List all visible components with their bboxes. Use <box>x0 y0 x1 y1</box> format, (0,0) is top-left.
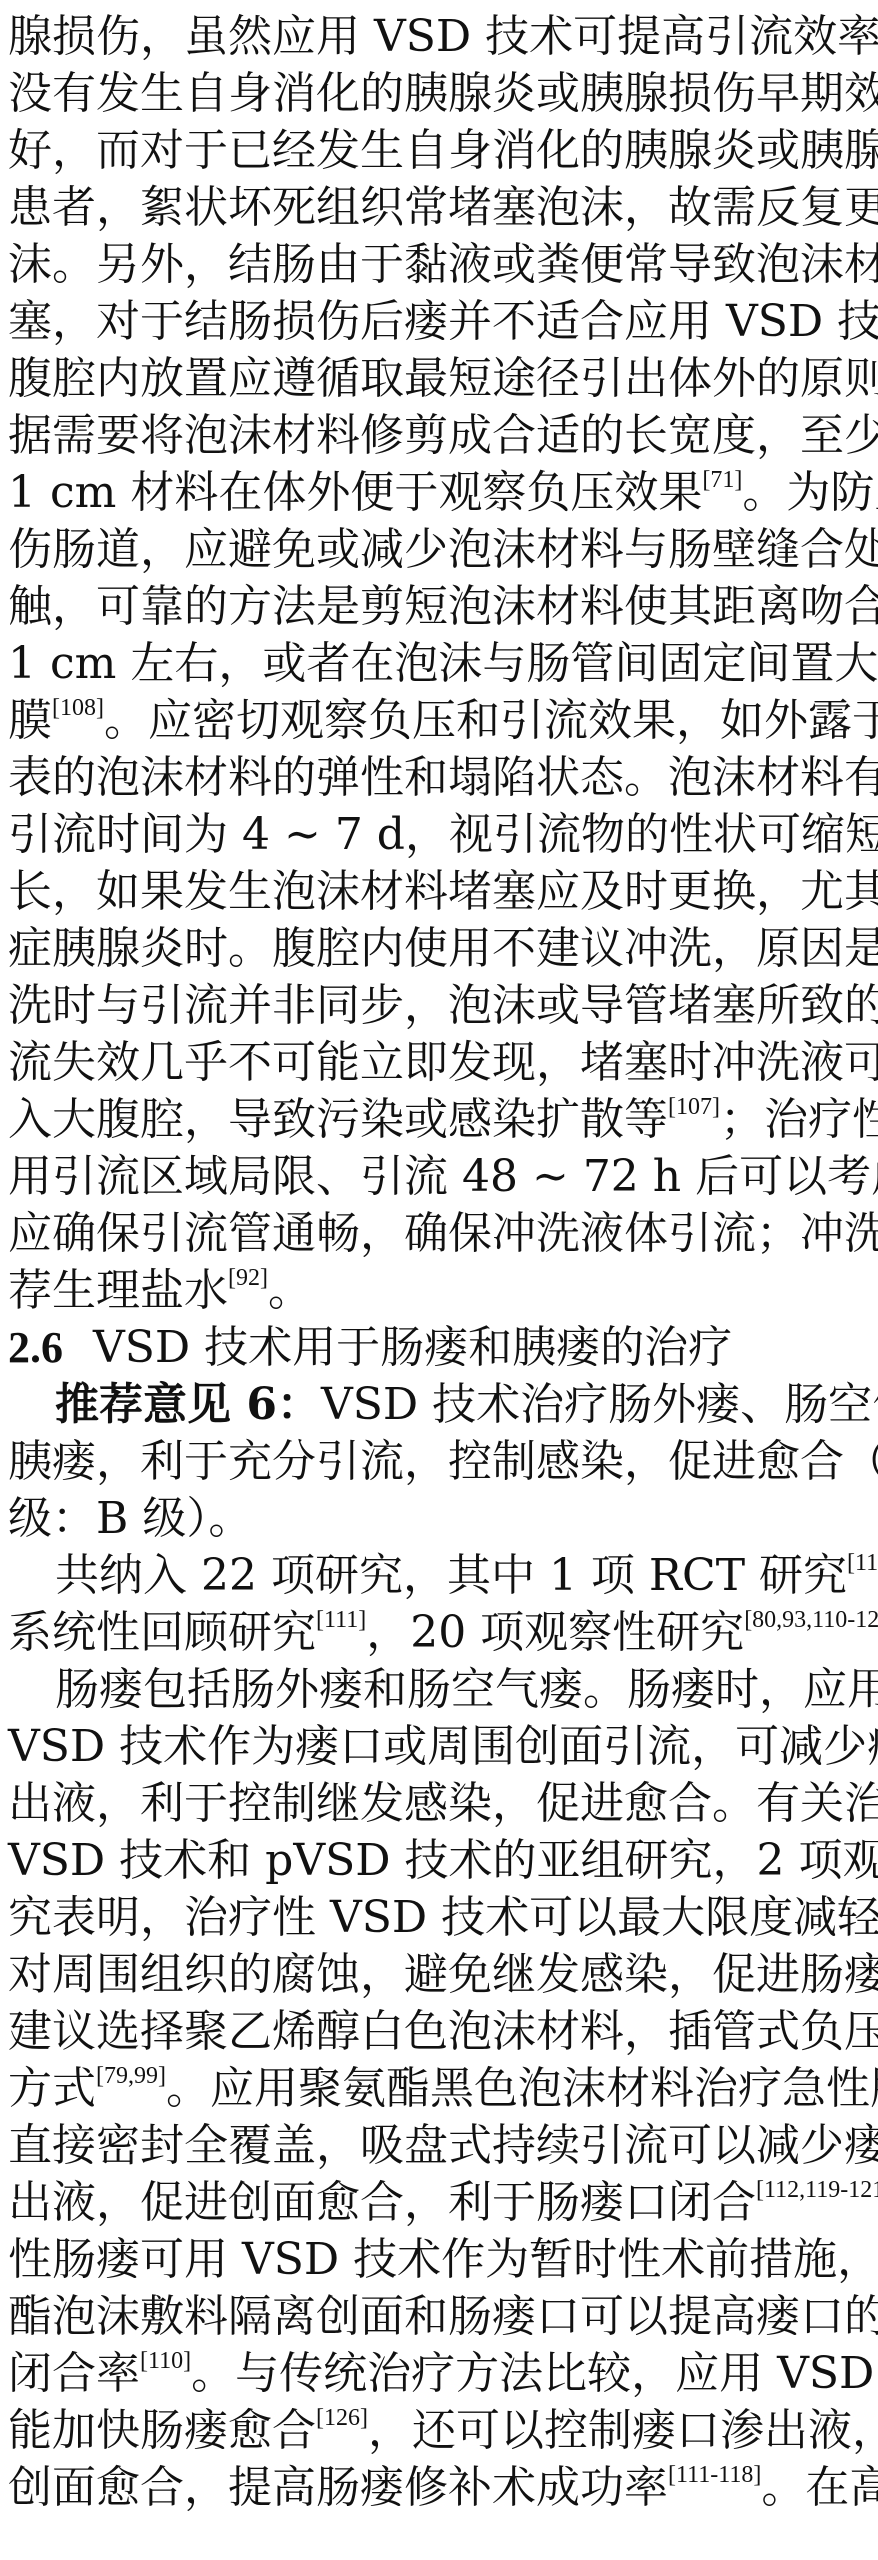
body-text-line: VSD 技术作为瘘口或周围创面引流，可减少瘘口渗 <box>8 1718 866 1775</box>
body-text-line: 膜[108]。应密切观察负压和引流效果，如外露于体 <box>8 692 866 749</box>
body-text-line: 用引流区域局限、引流 48 ~ 72 h 后可以考虑冲洗； <box>8 1148 866 1205</box>
line-text: 1 cm 材料在体外便于观察负压效果 <box>8 467 702 518</box>
citation-ref: [126] <box>316 2405 368 2431</box>
line-text: 塞，对于结肠损伤后瘘并不适合应用 VSD 技术 <box>8 296 878 347</box>
body-text-line: 应确保引流管通畅，确保冲洗液体引流；冲洗液推 <box>8 1205 866 1262</box>
body-text-line: 建议选择聚乙烯醇白色泡沫材料，插管式负压吸引 <box>8 2003 866 2060</box>
body-text-line: 沫。另外，结肠由于黏液或粪便常导致泡沫材料堵 <box>8 236 866 293</box>
line-text: 腺损伤，虽然应用 VSD 技术可提高引流效率，对于 <box>8 11 878 62</box>
citation-ref: [71] <box>702 467 742 493</box>
line-text: 长，如果发生泡沫材料堵塞应及时更换，尤其是重 <box>8 866 878 917</box>
line-text: 引流时间为 4 ~ 7 d，视引流物的性状可缩短或延 <box>8 809 878 860</box>
citation-ref: [92] <box>228 1265 268 1291</box>
line-text-after: 。应密切观察负压和引流效果，如外露于体 <box>104 695 878 746</box>
line-text: 流失效几乎不可能立即发现，堵塞时冲洗液可进 <box>8 1037 878 1088</box>
line-text: 肠瘘包括肠外瘘和肠空气瘘。肠瘘时，应用 <box>55 1664 878 1715</box>
citation-ref: [110] <box>140 2348 191 2374</box>
body-text-line: 荐生理盐水[92]。 <box>8 1262 866 1319</box>
body-text-line: VSD 技术和 pVSD 技术的亚组研究，2 项观察性研 <box>8 1832 866 1889</box>
citation-ref: [112,119-121,128] <box>756 2177 878 2203</box>
line-text-after: 。 <box>268 1265 312 1316</box>
section-title: VSD 技术用于肠瘘和胰瘘的治疗 <box>93 1322 732 1373</box>
body-text-line: 肠瘘包括肠外瘘和肠空气瘘。肠瘘时，应用 <box>55 1661 866 1718</box>
body-text-line: 腹腔内放置应遵循取最短途径引出体外的原则，根 <box>8 350 866 407</box>
body-text-line: 1 cm 左右，或者在泡沫与肠管间固定间置大网 <box>8 635 866 692</box>
line-text: VSD 技术作为瘘口或周围创面引流，可减少瘘口渗 <box>8 1721 878 1772</box>
line-text: 性肠瘘可用 VSD 技术作为暂时性术前措施，用聚氨 <box>8 2234 878 2285</box>
body-text-line: 能加快肠瘘愈合[126]，还可以控制瘘口渗出液，促进 <box>8 2402 866 2459</box>
line-text: VSD 技术和 pVSD 技术的亚组研究，2 项观察性研 <box>8 1835 878 1886</box>
line-text: 1 cm 左右，或者在泡沫与肠管间固定间置大网 <box>8 638 878 689</box>
body-text-line: 性肠瘘可用 VSD 技术作为暂时性术前措施，用聚氨 <box>8 2231 866 2288</box>
citation-ref: [107] <box>668 1094 720 1120</box>
document-page: 腺损伤，虽然应用 VSD 技术可提高引流效率，对于没有发生自身消化的胰腺炎或胰腺… <box>0 0 878 2560</box>
body-text-line: 没有发生自身消化的胰腺炎或胰腺损伤早期效果较 <box>8 65 866 122</box>
citation-ref: [80,93,110-127] <box>744 1607 878 1633</box>
body-text-line: 伤肠道，应避免或减少泡沫材料与肠壁缝合处的接 <box>8 521 866 578</box>
line-text: 患者，絮状坏死组织常堵塞泡沫，故需反复更换泡 <box>8 182 878 233</box>
section-number: 2.6 <box>8 1323 63 1372</box>
line-text: 膜 <box>8 695 52 746</box>
body-text-line: 好，而对于已经发生自身消化的胰腺炎或胰腺损伤 <box>8 122 866 179</box>
line-text-after: 。应用聚氨酯黑色泡沫材料治疗急性肠瘘， <box>166 2063 878 2114</box>
body-text-line: 创面愈合，提高肠瘘修补术成功率[111-118]。在高位 <box>8 2459 866 2516</box>
body-text-line: 出液，促进创面愈合，利于肠瘘口闭合[112,119-121,128]。慢 <box>8 2174 866 2231</box>
line-text: 据需要将泡沫材料修剪成合适的长宽度，至少保留 <box>8 410 878 461</box>
body-text-line: 塞，对于结肠损伤后瘘并不适合应用 VSD 技术[109]。 <box>8 293 866 350</box>
line-text: 级：B 级）。 <box>8 1493 252 1544</box>
line-text-after: 。与传统治疗方法比较，应用 VSD 技术 <box>191 2348 878 2399</box>
body-text-line: 引流时间为 4 ~ 7 d，视引流物的性状可缩短或延 <box>8 806 866 863</box>
body-text-line: 触，可靠的方法是剪短泡沫材料使其距离吻合口 <box>8 578 866 635</box>
line-text: 好，而对于已经发生自身消化的胰腺炎或胰腺损伤 <box>8 125 878 176</box>
body-text-line: 长，如果发生泡沫材料堵塞应及时更换，尤其是重 <box>8 863 866 920</box>
line-text: 出液，利于控制继发感染，促进愈合。有关治疗性 <box>8 1778 878 1829</box>
line-text: VSD 技术治疗肠外瘘、肠空气瘘和 <box>321 1379 878 1430</box>
line-text-after: ；治疗性使 <box>720 1094 878 1145</box>
body-text-line: 1 cm 材料在体外便于观察负压效果[71]。为防止损 <box>8 464 866 521</box>
line-text: 酯泡沫敷料隔离创面和肠瘘口可以提高瘘口的自然 <box>8 2291 878 2342</box>
body-text-line: 方式[79,99]。应用聚氨酯黑色泡沫材料治疗急性肠瘘， <box>8 2060 866 2117</box>
line-text: 表的泡沫材料的弹性和塌陷状态。泡沫材料有效 <box>8 752 878 803</box>
body-text-line: 患者，絮状坏死组织常堵塞泡沫，故需反复更换泡 <box>8 179 866 236</box>
line-text: 入大腹腔，导致污染或感染扩散等 <box>8 1094 668 1145</box>
line-text: 没有发生自身消化的胰腺炎或胰腺损伤早期效果较 <box>8 68 878 119</box>
line-text: 能加快肠瘘愈合 <box>8 2405 316 2456</box>
line-text: 究表明，治疗性 VSD 技术可以最大限度减轻消化液 <box>8 1892 878 1943</box>
line-text: 建议选择聚乙烯醇白色泡沫材料，插管式负压吸引 <box>8 2006 878 2057</box>
recommendation-line: 推荐意见 6：VSD 技术治疗肠外瘘、肠空气瘘和 <box>55 1376 866 1433</box>
line-text: 共纳入 22 项研究，其中 1 项 RCT 研究 <box>55 1550 847 1601</box>
body-text-line: 入大腹腔，导致污染或感染扩散等[107]；治疗性使 <box>8 1091 866 1148</box>
line-text: 系统性回顾研究 <box>8 1607 316 1658</box>
recommendation-line: 级：B 级）。 <box>8 1490 866 1547</box>
citation-ref: [111] <box>316 1607 366 1633</box>
body-text-line: 据需要将泡沫材料修剪成合适的长宽度，至少保留 <box>8 407 866 464</box>
body-text-line: 闭合率[110]。与传统治疗方法比较，应用 VSD 技术 <box>8 2345 866 2402</box>
line-text-after: ，20 项观察性研究 <box>366 1607 744 1658</box>
citation-ref: [79,99] <box>96 2063 166 2089</box>
line-text: 应确保引流管通畅，确保冲洗液体引流；冲洗液推 <box>8 1208 878 1259</box>
citation-ref: [108] <box>52 695 104 721</box>
line-text: 胰瘘，利于充分引流，控制感染，促进愈合（推荐等 <box>8 1436 878 1487</box>
line-text-after: 。在高位 <box>761 2462 878 2513</box>
body-text-line: 洗时与引流并非同步，泡沫或导管堵塞所致的引 <box>8 977 866 1034</box>
line-text: 症胰腺炎时。腹腔内使用不建议冲洗，原因是冲 <box>8 923 878 974</box>
line-text-after: 。为防止损 <box>742 467 878 518</box>
line-text: 洗时与引流并非同步，泡沫或导管堵塞所致的引 <box>8 980 878 1031</box>
line-text: 创面愈合，提高肠瘘修补术成功率 <box>8 2462 668 2513</box>
recommendation-label: 推荐意见 6： <box>55 1379 321 1430</box>
line-text: 出液，促进创面愈合，利于肠瘘口闭合 <box>8 2177 756 2228</box>
line-text: 闭合率 <box>8 2348 140 2399</box>
citation-ref: [110] <box>847 1550 878 1576</box>
body-text-line: 症胰腺炎时。腹腔内使用不建议冲洗，原因是冲 <box>8 920 866 977</box>
line-text: 伤肠道，应避免或减少泡沫材料与肠壁缝合处的接 <box>8 524 878 575</box>
body-text-line: 流失效几乎不可能立即发现，堵塞时冲洗液可进 <box>8 1034 866 1091</box>
body-text-line: 酯泡沫敷料隔离创面和肠瘘口可以提高瘘口的自然 <box>8 2288 866 2345</box>
line-text: 用引流区域局限、引流 48 ~ 72 h 后可以考虑冲洗； <box>8 1151 878 1202</box>
line-text-after: ，还可以控制瘘口渗出液，促进 <box>368 2405 878 2456</box>
line-text: 对周围组织的腐蚀，避免继发感染，促进肠瘘闭合； <box>8 1949 878 2000</box>
body-text-line: 直接密封全覆盖，吸盘式持续引流可以减少瘘口渗 <box>8 2117 866 2174</box>
line-text: 荐生理盐水 <box>8 1265 228 1316</box>
line-text: 直接密封全覆盖，吸盘式持续引流可以减少瘘口渗 <box>8 2120 878 2171</box>
line-text: 沫。另外，结肠由于黏液或粪便常导致泡沫材料堵 <box>8 239 878 290</box>
body-text-line: 共纳入 22 项研究，其中 1 项 RCT 研究[110]，1 项 <box>55 1547 866 1604</box>
body-text-line: 表的泡沫材料的弹性和塌陷状态。泡沫材料有效 <box>8 749 866 806</box>
body-text-line: 对周围组织的腐蚀，避免继发感染，促进肠瘘闭合； <box>8 1946 866 2003</box>
body-text-line: 究表明，治疗性 VSD 技术可以最大限度减轻消化液 <box>8 1889 866 1946</box>
line-text: 方式 <box>8 2063 96 2114</box>
line-text: 腹腔内放置应遵循取最短途径引出体外的原则，根 <box>8 353 878 404</box>
body-text-line: 系统性回顾研究[111]，20 项观察性研究[80,93,110-127]。 <box>8 1604 866 1661</box>
recommendation-line: 胰瘘，利于充分引流，控制感染，促进愈合（推荐等 <box>8 1433 866 1490</box>
citation-ref: [111-118] <box>668 2462 761 2488</box>
line-text: 触，可靠的方法是剪短泡沫材料使其距离吻合口 <box>8 581 878 632</box>
body-text-line: 出液，利于控制继发感染，促进愈合。有关治疗性 <box>8 1775 866 1832</box>
section-heading: 2.6VSD 技术用于肠瘘和胰瘘的治疗 <box>8 1319 866 1376</box>
body-text-line: 腺损伤，虽然应用 VSD 技术可提高引流效率，对于 <box>8 8 866 65</box>
